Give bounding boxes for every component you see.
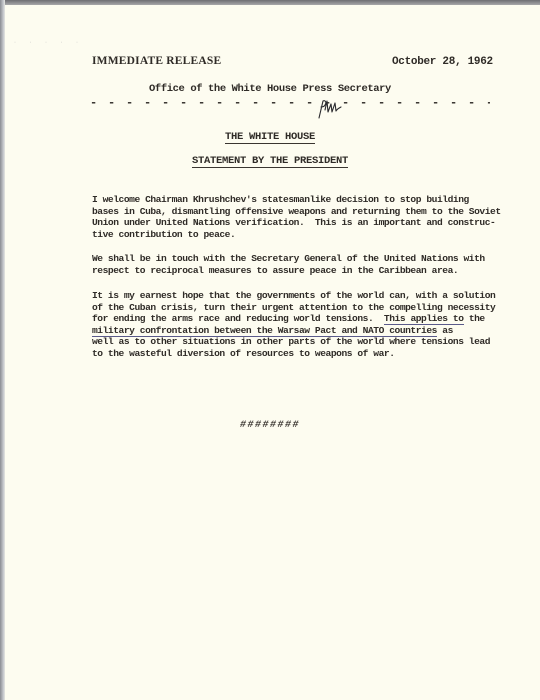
handwritten-initials-icon xyxy=(316,98,342,120)
document-subtitle: STATEMENT BY THE PRESIDENT xyxy=(0,155,540,167)
line: the xyxy=(464,313,485,324)
line: as xyxy=(437,325,453,336)
end-mark: ######## xyxy=(0,420,540,431)
line: We shall be in touch with the Secretary … xyxy=(92,253,485,264)
document-title: THE WHITE HOUSE xyxy=(0,131,540,143)
line: for ending the arms race and reducing wo… xyxy=(92,313,384,324)
line: well as to other situations in other par… xyxy=(92,336,490,347)
paragraph-1: I welcome Chairman Khrushchev's statesma… xyxy=(92,194,522,240)
release-date: October 28, 1962 xyxy=(392,56,493,68)
title-text: THE WHITE HOUSE xyxy=(225,131,315,144)
line: of the Cuban crisis, turn their urgent a… xyxy=(92,302,495,313)
paper-speckles: · · · · · xyxy=(14,40,84,46)
separator-line: - - - - - - - - - - - - - - - - - - - - … xyxy=(90,96,490,110)
pen-underline-1: This applies to xyxy=(384,313,464,325)
paragraph-2: We shall be in touch with the Secretary … xyxy=(92,253,522,276)
line: to the wasteful diversion of resources t… xyxy=(92,348,395,359)
line: Union under United Nations verification.… xyxy=(92,217,495,228)
line: I welcome Chairman Khrushchev's statesma… xyxy=(92,194,469,205)
pen-underline-2: military confrontation between the Warsa… xyxy=(92,325,437,337)
office-line: Office of the White House Press Secretar… xyxy=(0,83,540,95)
line: tive contribution to peace. xyxy=(92,229,235,240)
paragraph-3: It is my earnest hope that the governmen… xyxy=(92,290,522,360)
line: It is my earnest hope that the governmen… xyxy=(92,290,495,301)
line: bases in Cuba, dismantling offensive wea… xyxy=(92,206,501,217)
release-label: IMMEDIATE RELEASE xyxy=(92,55,221,67)
line: respect to reciprocal measures to assure… xyxy=(92,265,458,276)
subtitle-text: STATEMENT BY THE PRESIDENT xyxy=(192,155,348,168)
